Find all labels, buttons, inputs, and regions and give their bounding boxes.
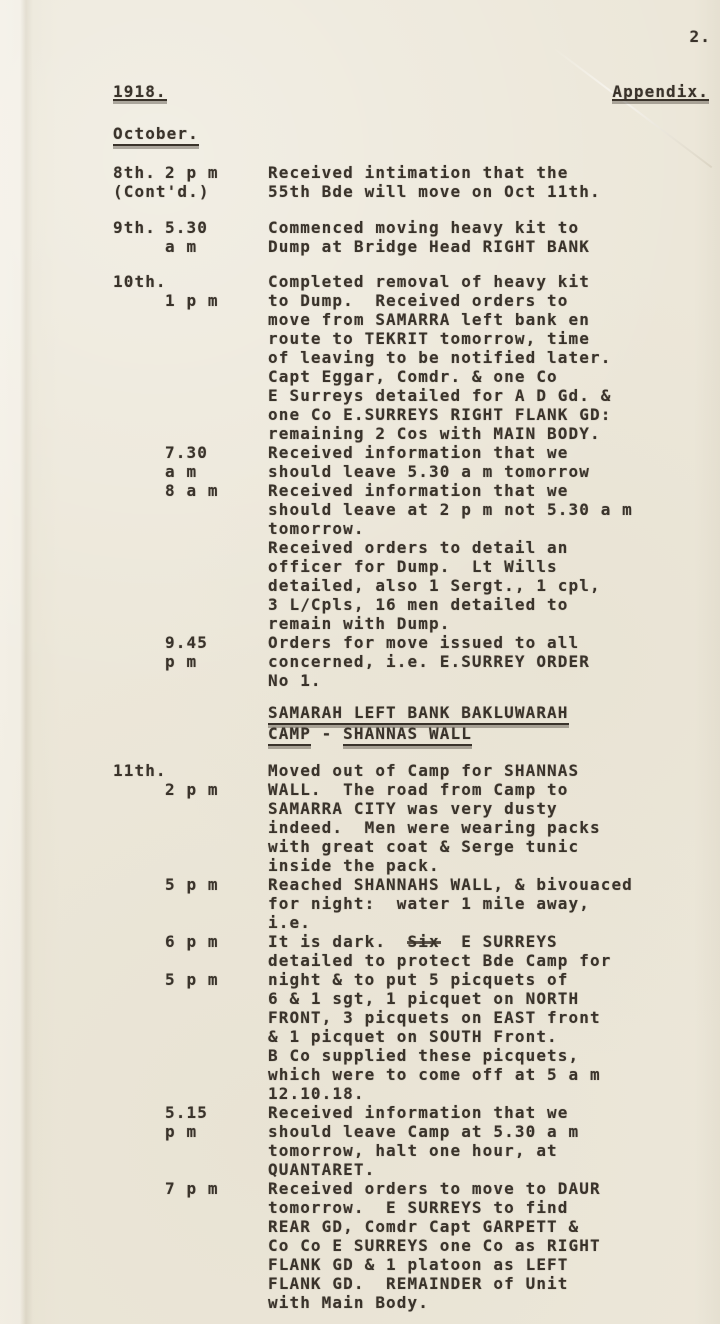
document-page: 2. 1918. Appendix. October. 8th. (Cont'd… (0, 0, 720, 1324)
diary-entry: 8 a m Received information that we shoul… (113, 481, 709, 633)
entry-time: 7 p m (165, 1179, 268, 1198)
entry-time-column: 1 p m (165, 272, 268, 310)
entry-time-column: 5 p m (165, 875, 268, 894)
entry-date: 10th. (113, 272, 165, 291)
month-heading: October. (113, 124, 199, 146)
section-heading-text: CAMP (268, 724, 311, 746)
entry-time-column: 2 p m (165, 761, 268, 799)
entry-text-line: Completed removal of heavy kit (268, 272, 709, 291)
entry-text-line: 6 & 1 sgt, 1 picquet on NORTH (268, 989, 709, 1008)
entry-time-column: 5.30 a m (165, 218, 268, 256)
entry-text-line: Orders for move issued to all (268, 633, 709, 652)
entry-text-line: FLANK GD. REMAINDER of Unit (268, 1274, 709, 1293)
entry-time (165, 761, 268, 780)
entry-text-line: remain with Dump. (268, 614, 709, 633)
entry-time: 1 p m (165, 291, 268, 310)
entry-body: Orders for move issued to all concerned,… (268, 633, 709, 690)
entry-text-line: route to TEKRIT tomorrow, time (268, 329, 709, 348)
entry-time-column: 7 p m (165, 1179, 268, 1198)
entry-body: Commenced moving heavy kit to Dump at Br… (268, 218, 709, 256)
entry-time (165, 272, 268, 291)
entry-time: 5.15 (165, 1103, 268, 1122)
entry-text-line: FRONT, 3 picquets on EAST front (268, 1008, 709, 1027)
entry-text-line: 3 L/Cpls, 16 men detailed to (268, 595, 709, 614)
entry-text-line: Moved out of Camp for SHANNAS (268, 761, 709, 780)
entry-time: p m (165, 1122, 268, 1141)
section-heading-text: SAMARAH LEFT BANK BAKLUWARAH (268, 703, 569, 725)
entry-text-line: tomorrow. (268, 519, 709, 538)
year-heading: 1918. (113, 82, 167, 101)
section-heading-text: SHANNAS WALL (343, 724, 472, 746)
entry-body: Received information that we should leav… (268, 481, 709, 633)
entry-text-line: should leave at 2 p m not 5.30 a m (268, 500, 709, 519)
entry-date-continued: (Cont'd.) (113, 182, 165, 201)
entry-text-line: Commenced moving heavy kit to (268, 218, 709, 237)
entry-text-line: Received intimation that the (268, 163, 709, 182)
entry-time: 5 p m (165, 970, 268, 989)
diary-entry: 9.45 p m Orders for move issued to all c… (113, 633, 709, 690)
entry-text-line: Received information that we (268, 1103, 709, 1122)
entry-text-line: & 1 picquet on SOUTH Front. (268, 1027, 709, 1046)
entry-time: a m (165, 462, 268, 481)
entry-time: 8 a m (165, 481, 268, 500)
entry-text-line: 55th Bde will move on Oct 11th. (268, 182, 709, 201)
entry-time-column: 7.30 a m (165, 443, 268, 481)
section-heading-line: SAMARAH LEFT BANK BAKLUWARAH (268, 703, 709, 724)
appendix-heading: Appendix. (612, 82, 709, 101)
section-heading: SAMARAH LEFT BANK BAKLUWARAH CAMP - SHAN… (268, 703, 709, 745)
entry-body: Completed removal of heavy kit to Dump. … (268, 272, 709, 443)
entry-text-line: i.e. (268, 913, 709, 932)
entry-time-column: 5.15 p m (165, 1103, 268, 1141)
diary-entry: 5.15 p m Received information that we sh… (113, 1103, 709, 1179)
entry-time: 9.45 (165, 633, 268, 652)
entry-time-column: 9.45 p m (165, 633, 268, 671)
diary-entry: 11th. 2 p m Moved out of Camp for SHANNA… (113, 761, 709, 875)
entry-text-line: with great coat & Serge tunic (268, 837, 709, 856)
entry-text-line: to Dump. Received orders to (268, 291, 709, 310)
page-content: 1918. Appendix. October. 8th. (Cont'd.) … (0, 0, 720, 1312)
entry-text-line: Co Co E SURREYS one Co as RIGHT (268, 1236, 709, 1255)
section-heading-line: CAMP - SHANNAS WALL (268, 724, 709, 745)
entry-text-line: Received information that we (268, 481, 709, 500)
entry-text-line: Dump at Bridge Head RIGHT BANK (268, 237, 709, 256)
entry-time-column: 2 p m (165, 163, 268, 182)
entry-text-line: Reached SHANNAHS WALL, & bivouaced (268, 875, 709, 894)
entry-text-line: tomorrow. E SURREYS to find (268, 1198, 709, 1217)
entry-body: Received information that we should leav… (268, 443, 709, 481)
entry-date-column: 11th. (113, 761, 165, 780)
entry-text-line: detailed, also 1 Sergt., 1 cpl, (268, 576, 709, 595)
entry-text-line: WALL. The road from Camp to (268, 780, 709, 799)
entry-time: 5 p m (165, 875, 268, 894)
entry-text-line: which were to come off at 5 a m (268, 1065, 709, 1084)
entry-date: 11th. (113, 761, 165, 780)
entry-text-line: remaining 2 Cos with MAIN BODY. (268, 424, 709, 443)
diary-entry: 10th. 1 p m Completed removal of heavy k… (113, 272, 709, 443)
entry-date-column: 8th. (Cont'd.) (113, 163, 165, 201)
page-header: 1918. Appendix. (113, 82, 709, 101)
entry-time-column: 8 a m (165, 481, 268, 500)
entry-text-line: concerned, i.e. E.SURREY ORDER (268, 652, 709, 671)
entry-time: p m (165, 652, 268, 671)
entry-text-line: inside the pack. (268, 856, 709, 875)
entry-text-line: REAR GD, Comdr Capt GARPETT & (268, 1217, 709, 1236)
entry-body: Received intimation that the 55th Bde wi… (268, 163, 709, 201)
entry-text-line: SAMARRA CITY was very dusty (268, 799, 709, 818)
entry-body: Moved out of Camp for SHANNAS WALL. The … (268, 761, 709, 875)
entry-body: Received orders to move to DAUR tomorrow… (268, 1179, 709, 1312)
entry-text-line: indeed. Men were wearing packs (268, 818, 709, 837)
entry-text-line: of leaving to be notified later. (268, 348, 709, 367)
diary-entry: 5 p m night & to put 5 picquets of 6 & 1… (113, 970, 709, 1103)
entry-body: It is dark. Six E SURREYS detailed to pr… (268, 932, 709, 970)
entry-text-line: with Main Body. (268, 1293, 709, 1312)
entry-text-line: detailed to protect Bde Camp for (268, 951, 709, 970)
entry-time: a m (165, 237, 268, 256)
entry-date-column: 9th. (113, 218, 165, 237)
entry-text-line: officer for Dump. Lt Wills (268, 557, 709, 576)
diary-entry: 7.30 a m Received information that we sh… (113, 443, 709, 481)
diary-entry: 5 p m Reached SHANNAHS WALL, & bivouaced… (113, 875, 709, 932)
entry-text-line: Received orders to move to DAUR (268, 1179, 709, 1198)
entry-time: 7.30 (165, 443, 268, 462)
entry-text-line: B Co supplied these picquets, (268, 1046, 709, 1065)
entry-text-line: one Co E.SURREYS RIGHT FLANK GD: (268, 405, 709, 424)
entry-text-line: move from SAMARRA left bank en (268, 310, 709, 329)
entry-body: night & to put 5 picquets of 6 & 1 sgt, … (268, 970, 709, 1103)
entry-body: Received information that we should leav… (268, 1103, 709, 1179)
struck-text: Six (408, 932, 440, 951)
entry-time: 5.30 (165, 218, 268, 237)
section-heading-separator: - (311, 724, 343, 743)
entry-text-line: FLANK GD & 1 platoon as LEFT (268, 1255, 709, 1274)
entry-time: 2 p m (165, 163, 268, 182)
text-segment: It is dark. (268, 932, 408, 951)
entry-date: 8th. (113, 163, 165, 182)
entry-text-line: Received information that we (268, 443, 709, 462)
entry-text-line: Capt Eggar, Comdr. & one Co (268, 367, 709, 386)
entry-text-line: No 1. (268, 671, 709, 690)
diary-entry: 8th. (Cont'd.) 2 p m Received intimation… (113, 163, 709, 201)
entry-text-line: E Surreys detailed for A D Gd. & (268, 386, 709, 405)
entry-date: 9th. (113, 218, 165, 237)
month-heading-row: October. (113, 124, 709, 143)
entry-time: 2 p m (165, 780, 268, 799)
entry-text-line: night & to put 5 picquets of (268, 970, 709, 989)
entry-text-line: tomorrow, halt one hour, at (268, 1141, 709, 1160)
entry-time: 6 p m (165, 932, 268, 951)
entry-text-line: 12.10.18. (268, 1084, 709, 1103)
entry-text-line: should leave 5.30 a m tomorrow (268, 462, 709, 481)
diary-entry: 7 p m Received orders to move to DAUR to… (113, 1179, 709, 1312)
text-segment: E SURREYS (440, 932, 558, 951)
entry-text-line: for night: water 1 mile away, (268, 894, 709, 913)
entry-text-line: QUANTARET. (268, 1160, 709, 1179)
diary-entry: 6 p m It is dark. Six E SURREYS detailed… (113, 932, 709, 970)
entry-time-column: 5 p m (165, 970, 268, 989)
entry-body: Reached SHANNAHS WALL, & bivouaced for n… (268, 875, 709, 932)
entry-text-line: It is dark. Six E SURREYS (268, 932, 709, 951)
diary-entry: 9th. 5.30 a m Commenced moving heavy kit… (113, 218, 709, 256)
entry-time-column: 6 p m (165, 932, 268, 951)
entry-text-line: should leave Camp at 5.30 a m (268, 1122, 709, 1141)
entry-date-column: 10th. (113, 272, 165, 291)
entry-text-line: Received orders to detail an (268, 538, 709, 557)
